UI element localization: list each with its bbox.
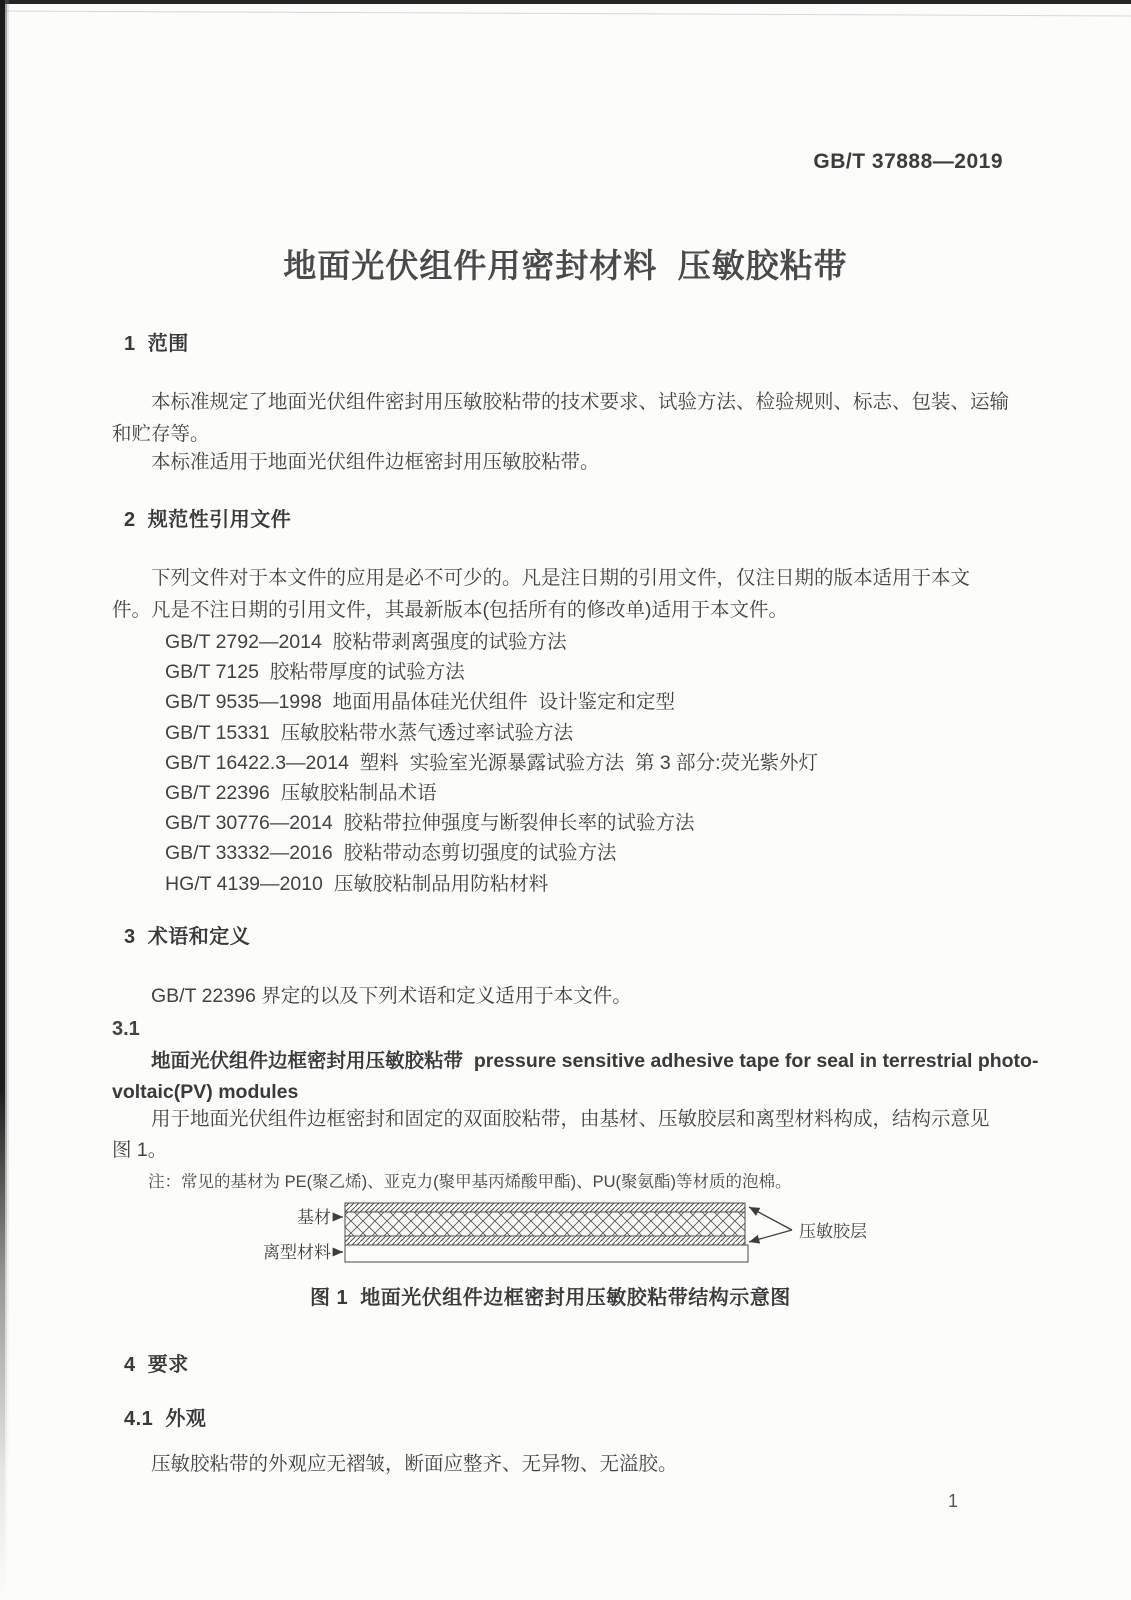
reference-item: GB/T 2792—2014 胶粘带剥离强度的试验方法 — [165, 627, 818, 657]
scan-paper-edge-line — [0, 10, 1131, 16]
page-number: 1 — [948, 1485, 958, 1517]
adhesive-label: 压敏胶层 — [799, 1222, 867, 1241]
appearance-paragraph: 压敏胶粘带的外观应无褶皱，断面应整齐、无异物、无溢胶。 — [112, 1448, 678, 1480]
figure-1-diagram: 基材 离型材料 压敏胶层 — [255, 1197, 895, 1291]
release-label: 离型材料 — [263, 1243, 331, 1262]
scanned-standard-page: GB/T 37888—2019 地面光伏组件用密封材料 压敏胶粘带 1 范围 本… — [0, 0, 1131, 1600]
section-2-heading: 2 规范性引用文件 — [124, 504, 291, 536]
reference-item: GB/T 16422.3—2014 塑料 实验室光源暴露试验方法 第 3 部分:… — [165, 748, 818, 778]
reference-item: GB/T 33332—2016 胶粘带动态剪切强度的试验方法 — [165, 838, 818, 868]
reference-item: GB/T 30776—2014 胶粘带拉伸强度与断裂伸长率的试验方法 — [165, 808, 818, 838]
section-4-1-heading: 4.1 外观 — [124, 1403, 206, 1435]
terms-intro: GB/T 22396 界定的以及下列术语和定义适用于本文件。 — [112, 980, 632, 1012]
substrate-label: 基材 — [297, 1208, 331, 1227]
reference-item: GB/T 22396 压敏胶粘制品术语 — [165, 778, 818, 808]
references-list: GB/T 2792—2014 胶粘带剥离强度的试验方法 GB/T 7125 胶粘… — [165, 627, 818, 899]
reference-item: GB/T 7125 胶粘带厚度的试验方法 — [165, 657, 818, 687]
page-title: 地面光伏组件用密封材料 压敏胶粘带 — [0, 240, 1131, 287]
references-intro: 下列文件对于本文件的应用是必不可少的。凡是注日期的引用文件，仅注日期的版本适用于… — [112, 562, 970, 626]
section-1-heading: 1 范围 — [124, 328, 189, 360]
standard-number: GB/T 37888—2019 — [813, 150, 1003, 174]
figure-1-caption: 图 1 地面光伏组件边框密封用压敏胶粘带结构示意图 — [310, 1282, 791, 1314]
adhesive-arrow-bottom — [749, 1230, 792, 1242]
term-note: 注：常见的基材为 PE(聚乙烯)、亚克力(聚甲基丙烯酸甲酯)、PU(聚氨酯)等材… — [148, 1170, 791, 1194]
reference-item: HG/T 4139—2010 压敏胶粘制品用防粘材料 — [165, 869, 818, 899]
scope-paragraph-1: 本标准规定了地面光伏组件密封用压敏胶粘带的技术要求、试验方法、检验规则、标志、包… — [112, 386, 1009, 450]
adhesive-layer-top — [345, 1203, 745, 1212]
adhesive-arrow-top — [749, 1207, 792, 1230]
term-definition: 用于地面光伏组件边框密封和固定的双面胶粘带，由基材、压敏胶层和离型材料构成，结构… — [112, 1104, 990, 1166]
term-entry: 地面光伏组件边框密封用压敏胶粘带 pressure sensitive adhe… — [112, 1046, 1038, 1108]
term-number: 3.1 — [112, 1013, 140, 1045]
scan-top-edge — [0, 0, 1131, 4]
adhesive-layer-bottom — [345, 1236, 745, 1245]
reference-item: GB/T 9535—1998 地面用晶体硅光伏组件 设计鉴定和定型 — [165, 687, 818, 717]
section-4-heading: 4 要求 — [124, 1349, 189, 1381]
substrate-layer — [345, 1212, 745, 1236]
scope-paragraph-2: 本标准适用于地面光伏组件边框密封用压敏胶粘带。 — [112, 446, 600, 478]
release-liner-layer — [345, 1245, 748, 1262]
reference-item: GB/T 15331 压敏胶粘带水蒸气透过率试验方法 — [165, 718, 818, 748]
section-3-heading: 3 术语和定义 — [124, 921, 250, 953]
